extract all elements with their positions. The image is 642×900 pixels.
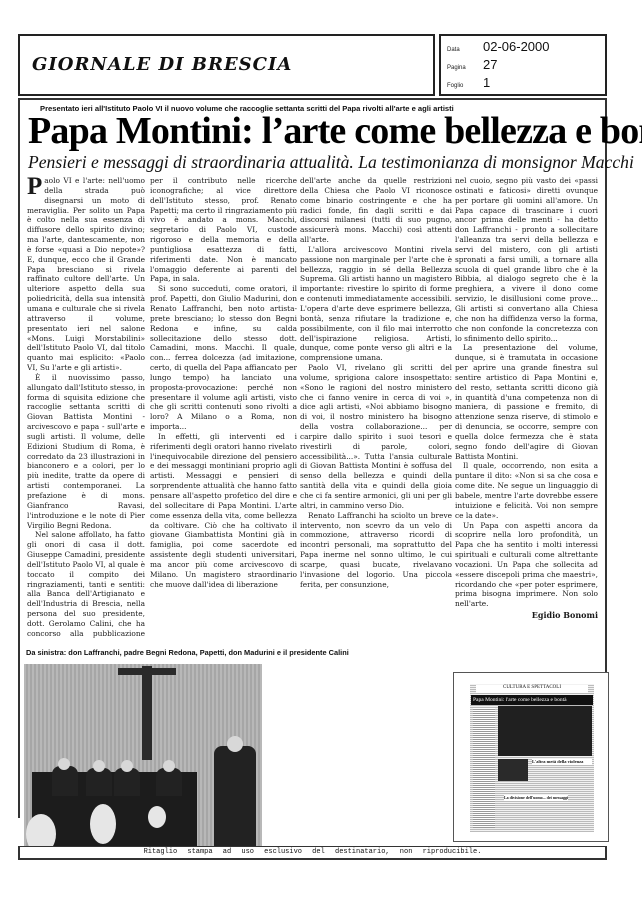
date-row: Data 02-06-2000: [447, 39, 599, 57]
event-photo: [24, 664, 262, 846]
thumbnail-photo-small: [498, 759, 528, 781]
page-value: 27: [483, 57, 497, 72]
paragraph: È il nuovissimo passo, allungato dall'Is…: [27, 373, 145, 531]
date-value: 02-06-2000: [483, 39, 550, 54]
speaker-head: [93, 760, 105, 772]
standing-speaker-figure: [214, 746, 256, 846]
paragraph: Nel salone affollato, ha fatto gli onori…: [27, 530, 145, 638]
paragraph: Renato Laffranchi ha sciolto un breve in…: [300, 511, 452, 590]
paragraph: nel cuoio, segno più vasto dei «passi os…: [455, 176, 598, 343]
paragraph: In effetti, gli interventi ed i riferime…: [150, 432, 297, 590]
sheet-label: Foglio: [447, 83, 483, 89]
paragraph: dell'arte anche da quelle restrizioni de…: [300, 176, 452, 245]
date-label: Data: [447, 47, 483, 53]
standing-speaker-head: [227, 736, 243, 752]
sheet-row: Foglio 1: [447, 75, 599, 93]
article-column-2: per il contributo nelle ricerche iconogr…: [150, 176, 297, 638]
footer-notice-bar: Ritaglio stampa ad uso esclusivo del des…: [18, 846, 607, 860]
speaker-figure: [156, 768, 182, 796]
article-column-1: Paolo VI e l'arte: nell'uomo della strad…: [27, 176, 145, 638]
thumbnail-section-title: CULTURA E SPETTACOLI: [476, 685, 588, 693]
paragraph: Paolo VI e l'arte: nell'uomo della strad…: [27, 176, 145, 373]
paragraph: L'allora arcivescovo Montini rivela pass…: [300, 245, 452, 363]
speaker-figure: [86, 768, 112, 796]
paragraph: Si sono succeduti, come oratori, il prof…: [150, 284, 297, 432]
speaker-figure: [114, 768, 140, 796]
article-column-4: nel cuoio, segno più vasto dei «passi os…: [455, 176, 598, 656]
masthead: GIORNALE DI BRESCIA: [18, 34, 435, 96]
paragraph: Un Papa con aspetti ancora da scoprire n…: [455, 521, 598, 610]
footer-notice: Ritaglio stampa ad uso esclusivo del des…: [20, 848, 605, 856]
clipping-metadata: Data 02-06-2000 Pagina 27 Foglio 1: [439, 34, 607, 96]
paragraph: per il contributo nelle ricerche iconogr…: [150, 176, 297, 284]
thumbnail-headline-2: L'altra metà della violenza: [532, 759, 592, 765]
sheet-value: 1: [483, 75, 490, 90]
article-column-3: dell'arte anche da quelle restrizioni de…: [300, 176, 452, 638]
paragraph: La presentazione del volume, dunque, si …: [455, 343, 598, 461]
article-headline: Papa Montini: l’arte come bellezza e bon…: [28, 109, 642, 153]
page-row: Pagina 27: [447, 57, 599, 75]
page-label: Pagina: [447, 65, 483, 71]
speaker-head: [121, 760, 133, 772]
thumbnail-headline-3: La divisione dell'uomo... dei messaggi: [504, 795, 568, 801]
thumbnail-sidebar: [473, 708, 495, 828]
photo-caption: Da sinistra: don Laffranchi, padre Begni…: [26, 648, 349, 657]
thumbnail-headline: Papa Montini: l'arte come bellezza e bon…: [471, 695, 593, 705]
newspaper-name: GIORNALE DI BRESCIA: [32, 54, 292, 75]
audience-head: [148, 806, 166, 828]
thumbnail-photo: [498, 706, 592, 756]
author-byline: Egidio Bonomi: [455, 611, 598, 621]
speaker-head: [58, 758, 70, 770]
speaker-figure: [52, 766, 78, 796]
paragraph-text: aolo VI e l'arte: nell'uomo della strada…: [27, 176, 145, 372]
paragraph: Paolo VI, rivelano gli scritti del volum…: [300, 363, 452, 511]
paragraph: Il quale, occorrendo, non esita a puntar…: [455, 461, 598, 520]
speaker-head: [163, 760, 175, 772]
page-thumbnail: CULTURA E SPETTACOLI Papa Montini: l'art…: [453, 672, 609, 842]
article-subheadline: Pensieri e messaggi di straordinaria att…: [28, 152, 634, 173]
crucifix-icon: [142, 666, 152, 760]
drop-cap: P: [27, 177, 42, 197]
audience-head: [90, 804, 116, 844]
audience-head: [26, 814, 56, 846]
